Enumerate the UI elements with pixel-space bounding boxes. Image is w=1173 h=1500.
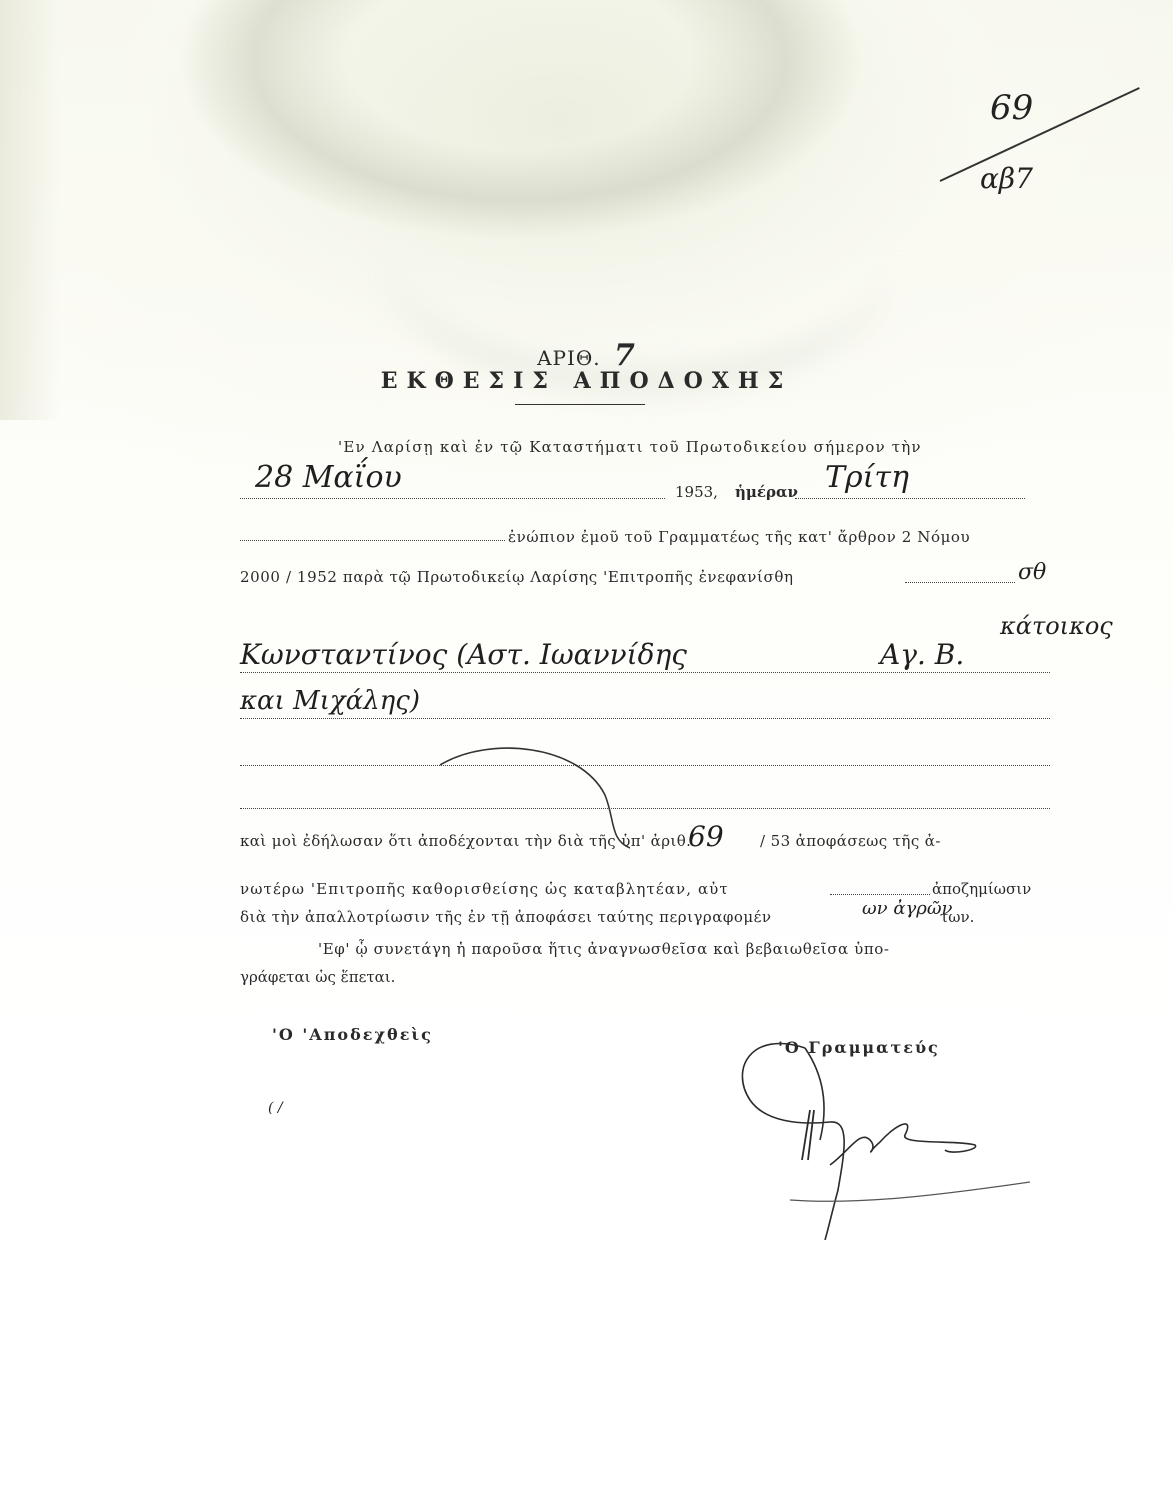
residence-handwritten: κάτοικος [1000, 612, 1113, 640]
day-label: ἡμέραν [735, 483, 798, 501]
day-handwritten: Τρίτη [825, 460, 909, 495]
expropriation-handwritten: ων ἀγρῶν [862, 898, 952, 919]
commission-line: νωτέρω 'Επιτροπῆς καθορισθείσης ὡς καταβ… [240, 880, 729, 898]
year-text: 1953, [675, 483, 718, 501]
acceptance-line: καὶ μοὶ ἐδήλωσαν ὅτι ἀποδέχονται τὴν διὰ… [240, 832, 691, 850]
number-label: ΑΡΙΘ. [537, 346, 601, 370]
name-handwritten-2: και Μιχάλης) [240, 686, 420, 716]
blank-line-4 [905, 582, 1015, 583]
blank-line-3 [240, 540, 505, 541]
body-line-4: 2000 / 1952 παρὰ τῷ Πρωτοδικείῳ Λαρίσης … [240, 568, 794, 586]
expropriation-line: διὰ τὴν ἀπαλλοτρίωσιν τῆς ἐν τῇ ἀποφάσει… [240, 908, 772, 926]
decision-number-handwritten: 69 [688, 820, 724, 853]
document-title: ΕΚΘΕΣΙΣ ΑΠΟΔΟΧΗΣ [0, 368, 1173, 394]
corner-note-bottom: αβ7 [980, 162, 1033, 195]
blank-line-5 [240, 672, 1050, 673]
place-handwritten: Αγ. Β. [880, 638, 964, 671]
corner-note-top: 69 [990, 88, 1033, 128]
faint-mark: ( / [268, 1100, 283, 1116]
date-blank [240, 498, 665, 499]
blank-line-7 [240, 765, 1050, 766]
acceptance-line-end: / 53 ἀποφάσεως τῆς ἀ- [760, 832, 941, 850]
closing-line-2: γράφεται ὡς ἕπεται. [240, 968, 395, 986]
blank-amount [830, 894, 930, 895]
name-handwritten-1: Κωνσταντίνος (Αστ. Ιωαννίδης [240, 638, 687, 671]
commission-line-end: ἀποζημίωσιν [932, 880, 1031, 898]
blank-line-6 [240, 718, 1050, 719]
expropriation-line-end: των. [940, 908, 974, 926]
closing-line-1: 'Εφ' ᾧ συνετάγη ἡ παροῦσα ἥτις ἀναγνωσθε… [318, 940, 890, 958]
body-line-1: 'Εν Λαρίσῃ καὶ ἐν τῷ Καταστήματι τοῦ Πρω… [338, 438, 922, 456]
blank-line-8 [240, 808, 1050, 809]
title-underline [515, 404, 645, 405]
date-handwritten: 28 Μαΐου [255, 460, 402, 495]
body-line-3: ἐνώπιον ἐμοῦ τοῦ Γραμματέως τῆς κατ' ἄρθ… [508, 528, 970, 546]
line4-handwritten: σθ [1018, 560, 1046, 585]
accepting-party-label: 'Ο 'Αποδεχθεὶς [272, 1025, 433, 1044]
secretary-signature [710, 1030, 1030, 1240]
day-blank [795, 498, 1025, 499]
